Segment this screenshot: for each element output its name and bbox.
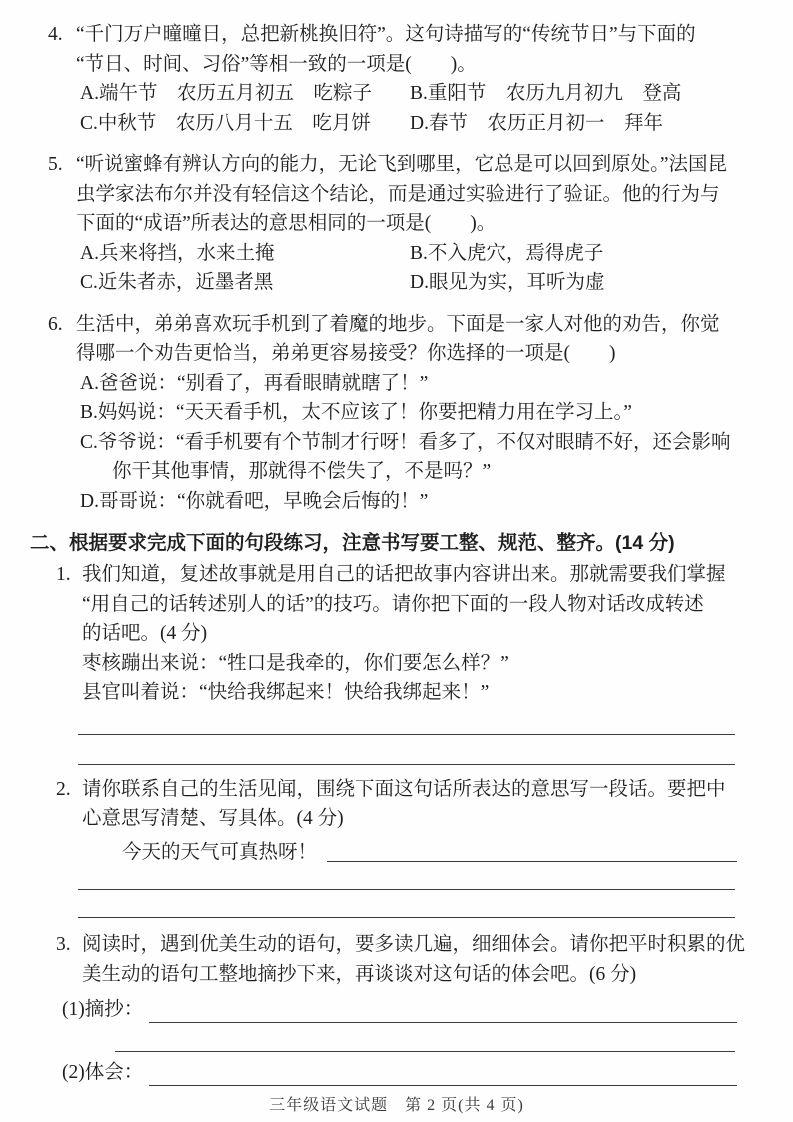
section-two-question-2: 2.请你联系自己的生活见闻，围绕下面这句话所表达的意思写一段话。要把中 心意思写… [0, 775, 793, 919]
question-6: 6.生活中，弟弟喜欢玩手机到了着魔的地步。下面是一家人对他的劝告，你觉 得哪一个… [0, 310, 793, 517]
question-4-options-row-1: A.端午节 农历五月初五 吃粽子 B.重阳节 农历九月初九 登高 [0, 79, 793, 109]
s2q1-line-1: 1.我们知道，复述故事就是用自己的话把故事内容讲出来。那就需要我们掌握 [0, 560, 793, 590]
s2q1-number: 1. [56, 560, 82, 590]
s2q3-subitem-2-blank [149, 1060, 737, 1086]
s2q1-answer-blank-line-1 [78, 708, 735, 735]
question-4-option-b: B.重阳节 农历九月初九 登高 [410, 79, 681, 109]
question-4-option-c: C.中秋节 农历八月十五 吃月饼 [80, 109, 410, 139]
question-6-option-c-line-1: C.爷爷说：“看手机要有个节制才行呀！看多了，不仅对眼睛不好，还会影响 [0, 428, 793, 458]
s2q1-line-3: 的话吧。(4 分) [0, 619, 793, 649]
s2q3-text: 阅读时，遇到优美生动的语句，要多读几遍，细细体会。请你把平时积累的优 [82, 934, 745, 955]
s2q3-subitem-1-label: (1)摘抄： [62, 997, 149, 1023]
section-two-question-1: 1.我们知道，复述故事就是用自己的话把故事内容讲出来。那就需要我们掌握 “用自己… [0, 560, 793, 765]
question-5-option-b: B.不入虎穴，焉得虎子 [410, 239, 603, 269]
s2q3-subitem-2: (2)体会： [0, 1060, 793, 1086]
question-4-text: “千门万户曈曈日，总把新桃换旧符”。这句诗描写的“传统节日”与下面的 [76, 24, 696, 45]
s2q2-line-2: 心意思写清楚、写具体。(4 分) [0, 804, 793, 834]
s2q3-number: 3. [56, 930, 82, 960]
question-4-options-row-2: C.中秋节 农历八月十五 吃月饼 D.春节 农历正月初一 拜年 [0, 109, 793, 139]
question-6-option-a: A.爸爸说：“别看了，再看眼睛就瞎了！” [0, 369, 793, 399]
s2q3-line-1: 3.阅读时，遇到优美生动的语句，要多读几遍，细细体会。请你把平时积累的优 [0, 930, 793, 960]
question-5-text: “听说蜜蜂有辨认方向的能力，无论飞到哪里，它总是可以回到原处。”法国昆 [76, 154, 727, 175]
page-footer: 三年级语文试题 第 2 页(共 4 页) [0, 1094, 793, 1118]
s2q2-number: 2. [56, 775, 82, 805]
question-5-option-d: D.眼见为实，耳听为虚 [410, 268, 604, 298]
s2q3-subitem-1: (1)摘抄： [0, 997, 793, 1023]
question-4-option-d: D.春节 农历正月初一 拜年 [410, 109, 663, 139]
s2q1-answer-blank-line-2 [78, 735, 735, 765]
s2q2-line-1: 2.请你联系自己的生活见闻，围绕下面这句话所表达的意思写一段话。要把中 [0, 775, 793, 805]
question-4-line-1: 4.“千门万户曈曈日，总把新桃换旧符”。这句诗描写的“传统节日”与下面的 [0, 20, 793, 50]
s2q3-subitem-1-blank-line-2 [115, 1031, 735, 1052]
question-4-option-a: A.端午节 农历五月初五 吃粽子 [80, 79, 410, 109]
question-6-option-d: D.哥哥说：“你就看吧，早晚会后悔的！” [0, 487, 793, 517]
question-4-number: 4. [48, 20, 76, 50]
exam-paper-page: 4.“千门万户曈曈日，总把新桃换旧符”。这句诗描写的“传统节日”与下面的 “节日… [0, 0, 793, 1122]
question-6-text: 生活中，弟弟喜欢玩手机到了着魔的地步。下面是一家人对他的劝告，你觉 [76, 314, 720, 335]
question-5-number: 5. [48, 150, 76, 180]
question-5-options-row-2: C.近朱者赤，近墨者黑 D.眼见为实，耳听为虚 [0, 268, 793, 298]
s2q2-answer-blank-line-2 [78, 890, 735, 918]
question-4-line-2: “节日、时间、习俗”等相一致的一项是( )。 [0, 50, 793, 80]
question-4: 4.“千门万户曈曈日，总把新桃换旧符”。这句诗描写的“传统节日”与下面的 “节日… [0, 20, 793, 138]
section-two-header: 二、根据要求完成下面的句段练习，注意书写要工整、规范、整齐。(14 分) [0, 528, 793, 558]
question-6-number: 6. [48, 310, 76, 340]
question-5-line-3: 下面的“成语”所表达的意思相同的一项是( )。 [0, 209, 793, 239]
question-5: 5.“听说蜜蜂有辨认方向的能力，无论飞到哪里，它总是可以回到原处。”法国昆 虫学… [0, 150, 793, 298]
s2q3-line-2: 美生动的语句工整地摘抄下来，再谈谈对这句话的体会吧。(6 分) [0, 960, 793, 990]
s2q1-text: 我们知道，复述故事就是用自己的话把故事内容讲出来。那就需要我们掌握 [82, 564, 726, 585]
question-5-line-2: 虫学家法布尔并没有轻信这个结论，而是通过实验进行了验证。他的行为与 [0, 180, 793, 210]
s2q1-dialog-1: 枣核蹦出来说：“牲口是我牵的，你们要怎么样？” [0, 649, 793, 679]
s2q1-dialog-2: 县官叫着说：“快给我绑起来！快给我绑起来！” [0, 678, 793, 708]
s2q2-text: 请你联系自己的生活见闻，围绕下面这句话所表达的意思写一段话。要把中 [82, 779, 726, 800]
section-two-question-3: 3.阅读时，遇到优美生动的语句，要多读几遍，细细体会。请你把平时积累的优 美生动… [0, 930, 793, 1086]
question-6-line-2: 得哪一个劝告更恰当，弟弟更容易接受？你选择的一项是( ) [0, 339, 793, 369]
s2q3-subitem-2-label: (2)体会： [62, 1060, 149, 1086]
s2q2-prompt-sentence: 今天的天气可真热呀！ [122, 838, 327, 868]
question-6-option-b: B.妈妈说：“天天看手机，太不应该了！你要把精力用在学习上。” [0, 398, 793, 428]
question-6-line-1: 6.生活中，弟弟喜欢玩手机到了着魔的地步。下面是一家人对他的劝告，你觉 [0, 310, 793, 340]
s2q2-inline-answer-blank [327, 838, 737, 863]
s2q2-answer-blank-line-1 [78, 867, 735, 890]
s2q3-subitem-1-blank [149, 997, 737, 1023]
s2q1-line-2: “用自己的话转述别人的话”的技巧。请你把下面的一段人物对话改成转述 [0, 590, 793, 620]
question-5-option-c: C.近朱者赤，近墨者黑 [80, 268, 410, 298]
question-5-options-row-1: A.兵来将挡，水来土掩 B.不入虎穴，焉得虎子 [0, 239, 793, 269]
question-5-option-a: A.兵来将挡，水来土掩 [80, 239, 410, 269]
s2q2-prompt-row: 今天的天气可真热呀！ [0, 838, 793, 868]
question-6-option-c-line-2: 你干其他事情，那就得不偿失了，不是吗？” [0, 457, 793, 487]
question-5-line-1: 5.“听说蜜蜂有辨认方向的能力，无论飞到哪里，它总是可以回到原处。”法国昆 [0, 150, 793, 180]
